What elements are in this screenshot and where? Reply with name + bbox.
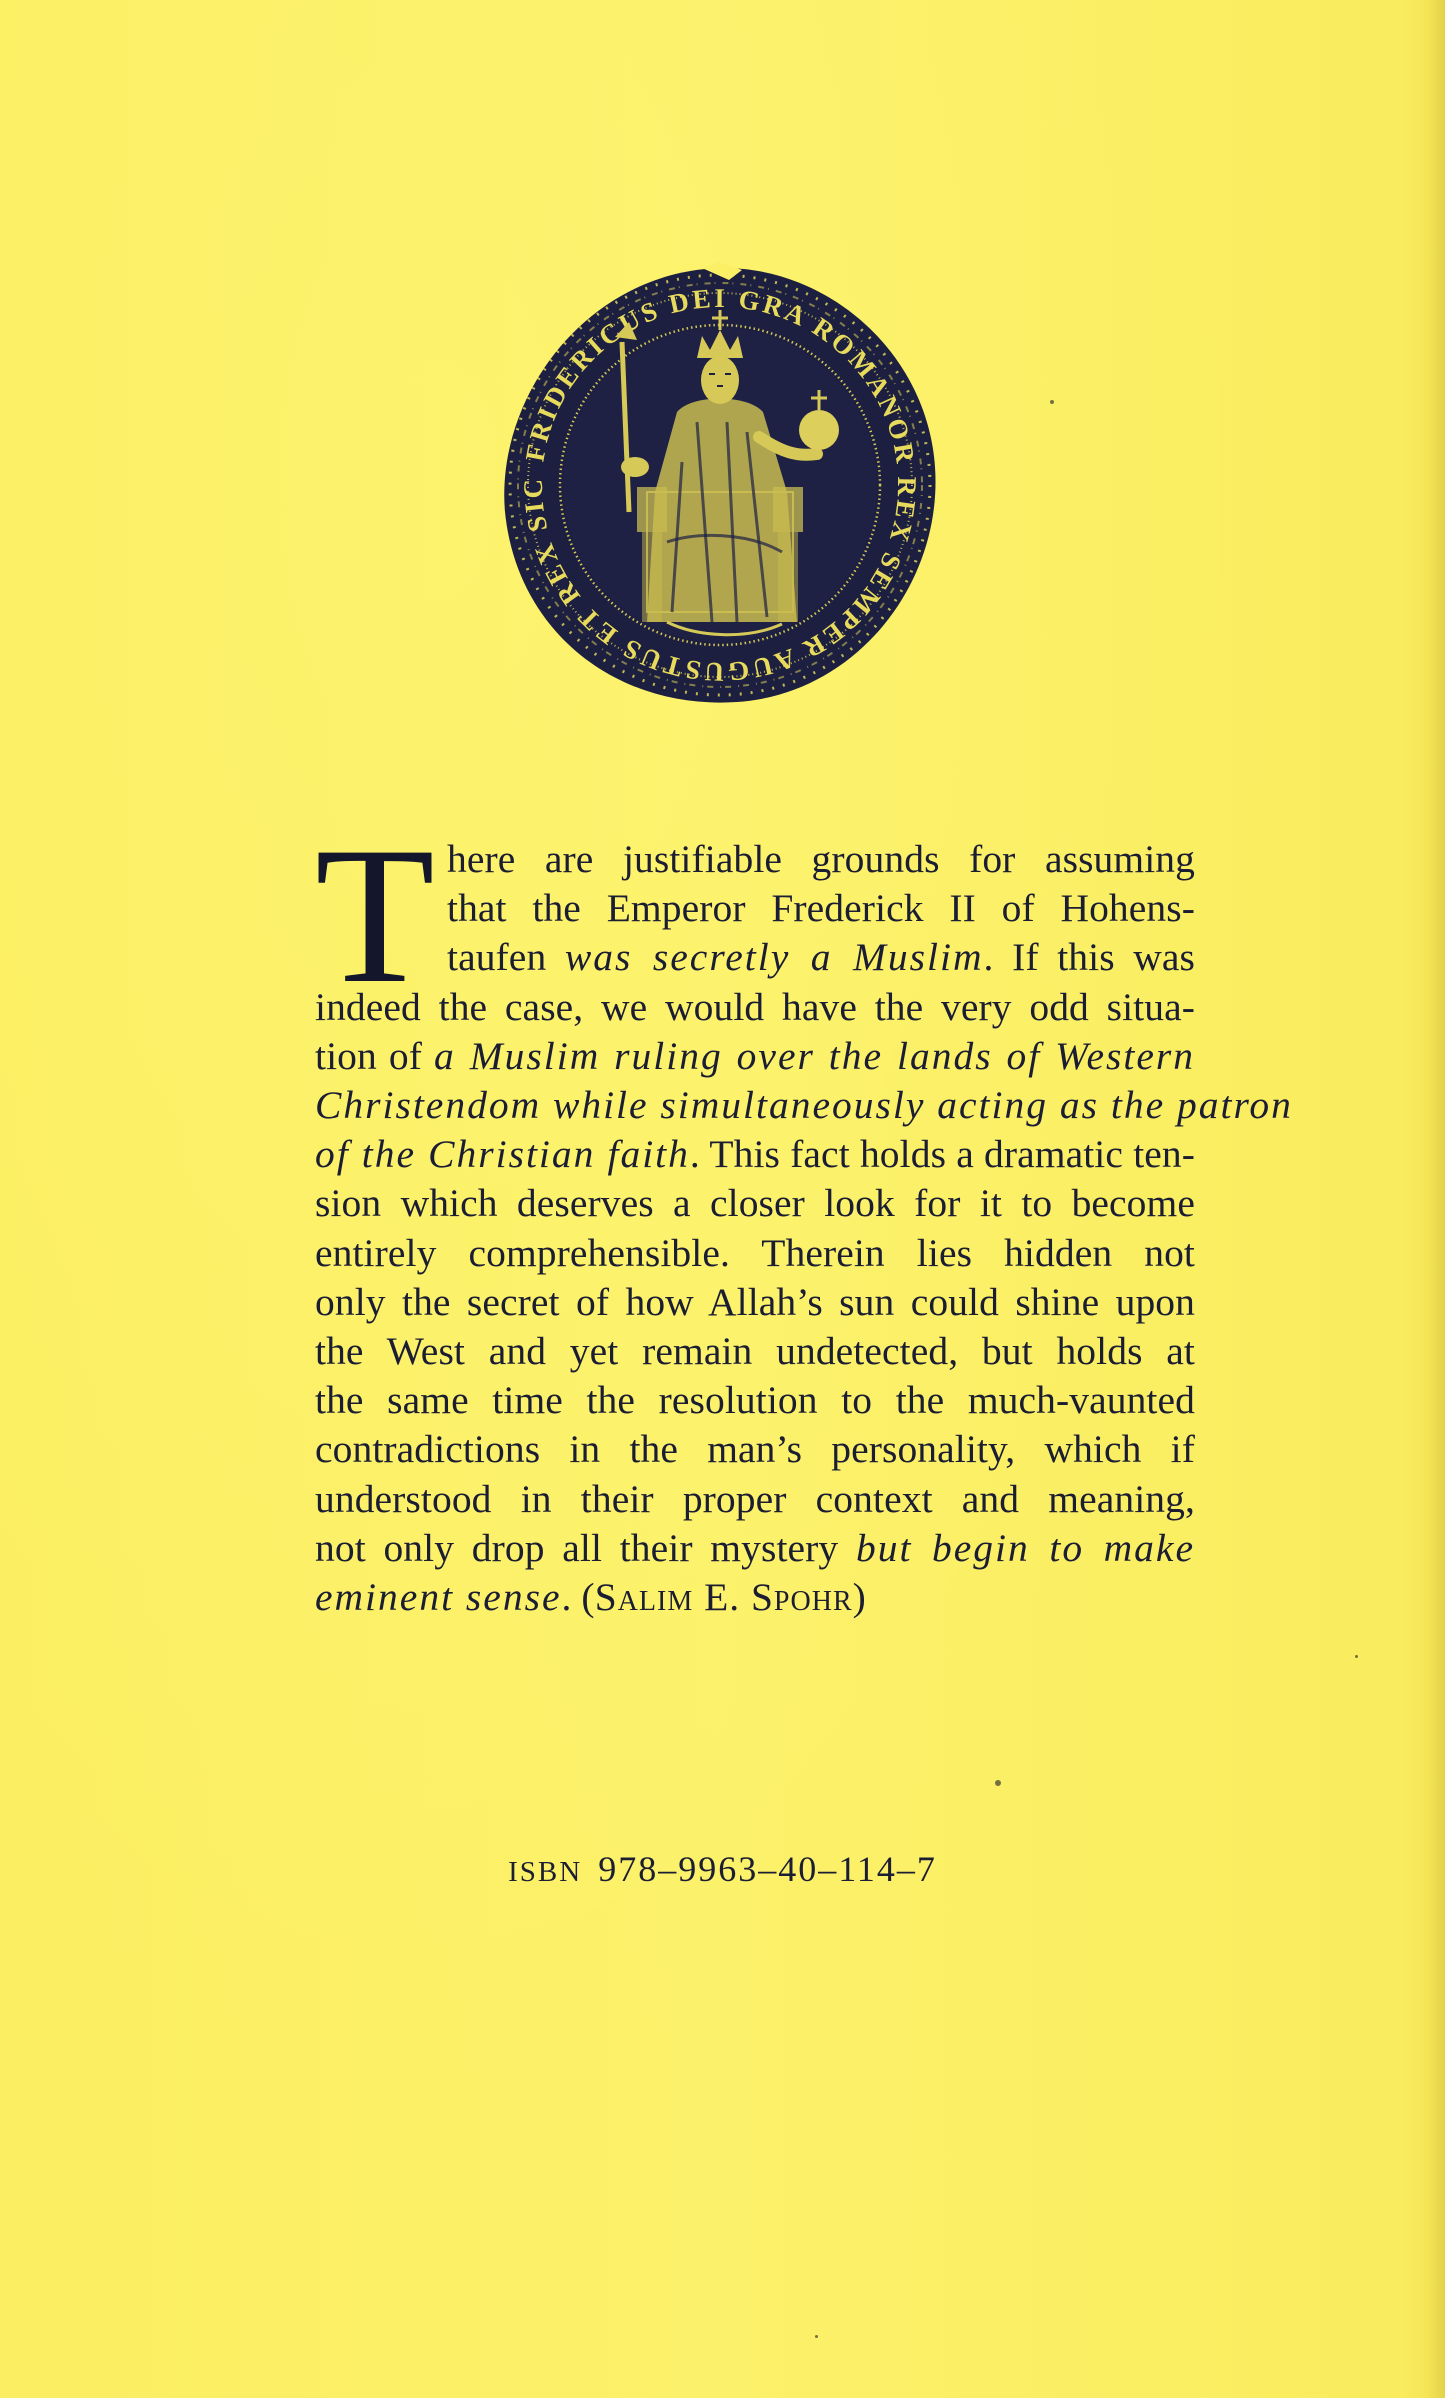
blurb-line: that the Emperor Frederick II of Hohens- bbox=[315, 884, 1195, 933]
drop-cap: T bbox=[315, 841, 435, 991]
book-back-cover: FRIDERICUS DEI GRA ROMANOR REX SEMPER AU… bbox=[0, 0, 1445, 2398]
seal-emblem-icon: FRIDERICUS DEI GRA ROMANOR REX SEMPER AU… bbox=[497, 262, 943, 708]
isbn-label: ISBN bbox=[508, 1856, 582, 1888]
blurb-line-attribution: eminent sense. (Salim E. Spohr) bbox=[315, 1573, 1195, 1622]
blurb-line: entirely comprehensible. Therein lies hi… bbox=[315, 1229, 1195, 1278]
paper-speck bbox=[815, 2335, 818, 2338]
author-name: Salim E. Spohr bbox=[595, 1575, 853, 1619]
blurb-line: Christendom while simultaneously acting … bbox=[315, 1081, 1195, 1130]
blurb-line: sion which deserves a closer look for it… bbox=[315, 1179, 1195, 1228]
blurb-line: understood in their proper context and m… bbox=[315, 1475, 1195, 1524]
paper-speck bbox=[1050, 400, 1054, 404]
blurb-line: here are justifiable grounds for assumin… bbox=[315, 835, 1195, 884]
blurb-line: not only drop all their mystery but begi… bbox=[315, 1524, 1195, 1573]
blurb-line: the West and yet remain undetected, but … bbox=[315, 1327, 1195, 1376]
blurb-line: the same time the resolution to the much… bbox=[315, 1376, 1195, 1425]
blurb-line: contradictions in the man’s personality,… bbox=[315, 1425, 1195, 1474]
cover-blurb: T here are justifiable grounds for assum… bbox=[315, 835, 1195, 1622]
blurb-line: indeed the case, we would have the very … bbox=[315, 983, 1195, 1032]
blurb-line: of the Christian faith. This fact holds … bbox=[315, 1130, 1195, 1179]
blurb-line: taufen was secretly a Muslim. If this wa… bbox=[315, 933, 1195, 982]
paper-speck bbox=[995, 1780, 1001, 1786]
paper-speck bbox=[1355, 1655, 1358, 1658]
page-edge-shadow bbox=[1427, 0, 1445, 2398]
isbn-number: 978–9963–40–114–7 bbox=[598, 1849, 937, 1889]
blurb-line: only the secret of how Allah’s sun could… bbox=[315, 1278, 1195, 1327]
isbn: ISBN978–9963–40–114–7 bbox=[0, 1848, 1445, 1890]
blurb-line: tion of a Muslim ruling over the lands o… bbox=[315, 1032, 1195, 1081]
